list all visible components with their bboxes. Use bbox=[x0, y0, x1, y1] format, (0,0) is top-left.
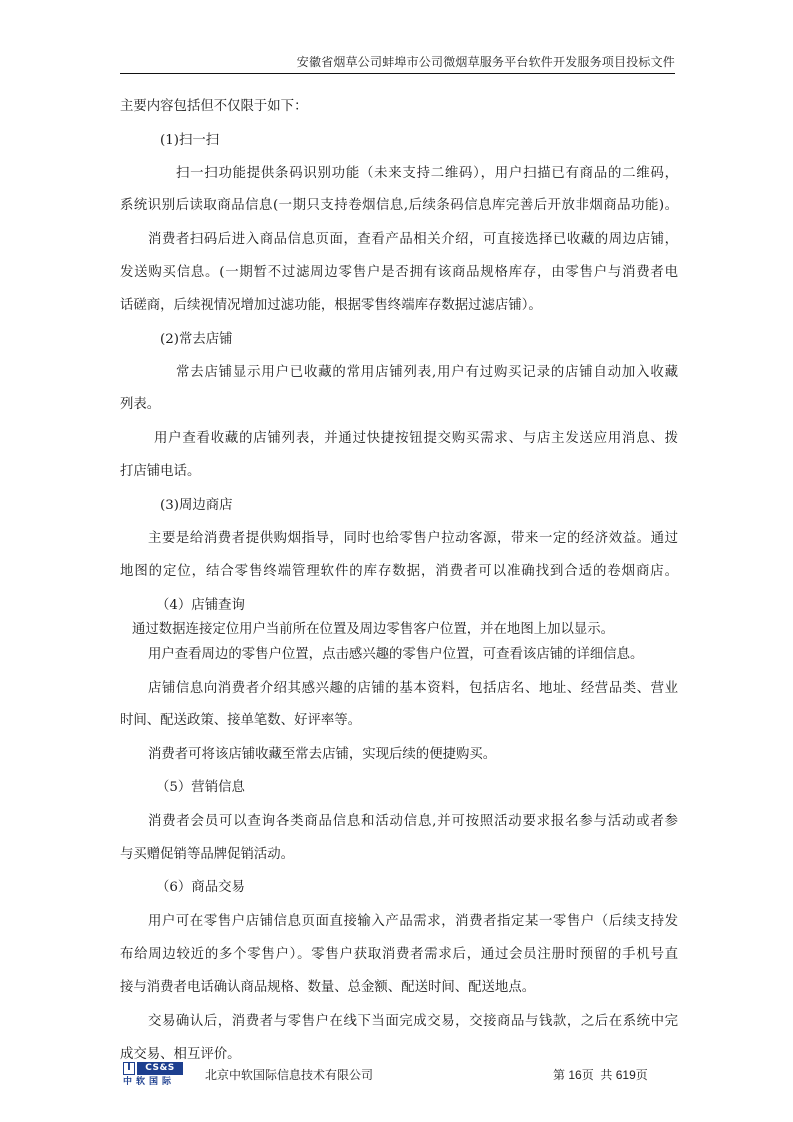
page-mid: 页 共 bbox=[582, 1068, 613, 1082]
page-prefix: 第 bbox=[553, 1068, 565, 1082]
text-line: 主要是给消费者提供购烟指导，同时也给零售户拉动客源，带来一定的经济效益。通过 bbox=[148, 530, 678, 548]
text-line: 消费者可将该店铺收藏至常去店铺，实现后续的便捷购买。 bbox=[148, 746, 496, 764]
text-line: （5）营销信息 bbox=[156, 779, 245, 797]
text-line: 接与消费者电话确认商品规格、数量、总金额、配送时间、配送地点。 bbox=[120, 979, 535, 997]
text-line: 用户查看周边的零售户位置，点击感兴趣的零售户位置，可查看该店铺的详细信息。 bbox=[148, 646, 643, 664]
page-number: 第 16页 共 619页 bbox=[553, 1067, 648, 1083]
text-line: 发送购买信息。(一期暂不过滤周边零售户是否拥有该商品规格库存，由零售户与消费者电 bbox=[120, 264, 678, 282]
page-header-title: 安徽省烟草公司蚌埠市公司微烟草服务平台软件开发服务项目投标文件 bbox=[120, 54, 675, 70]
text-line: 用户可在零售户店铺信息页面直接输入产品需求，消费者指定某一零售户（后续支持发 bbox=[148, 913, 678, 931]
text-line: 时间、配送政策、接单笔数、好评率等。 bbox=[120, 712, 361, 730]
text-line: 扫一扫功能提供条码识别功能（未来支持二维码），用户扫描已有商品的二维码， bbox=[176, 165, 678, 183]
text-line: (2)常去店铺 bbox=[160, 331, 233, 349]
text-line: （4）店铺查询 bbox=[156, 597, 245, 615]
page-footer: I CS&S 中软国际 北京中软国际信息技术有限公司 第 16页 共 619页 bbox=[0, 1060, 793, 1090]
text-line: （6）商品交易 bbox=[156, 879, 245, 897]
company-logo: I CS&S 中软国际 bbox=[123, 1062, 183, 1088]
text-line: 交易确认后，消费者与零售户在线下当面完成交易，交接商品与钱款，之后在系统中完 bbox=[148, 1013, 678, 1031]
text-line: 通过数据连接定位用户当前所在位置及周边零售客户位置，并在地图上加以显示。 bbox=[132, 621, 614, 639]
text-line: 系统识别后读取商品信息(一期只支持卷烟信息,后续条码信息库完善后开放非烟商品功能… bbox=[120, 197, 678, 215]
text-line: 列表。 bbox=[120, 396, 160, 414]
logo-top-row: I CS&S bbox=[123, 1062, 183, 1075]
text-line: 打店铺电话。 bbox=[120, 463, 200, 481]
logo-acronym: CS&S bbox=[137, 1062, 183, 1075]
text-line: 店铺信息向消费者介绍其感兴趣的店铺的基本资料，包括店名、地址、经营品类、营业 bbox=[148, 680, 678, 698]
page-suffix: 页 bbox=[636, 1068, 648, 1082]
text-line: 布给周边较近的多个零售户）。零售户获取消费者需求后，通过会员注册时预留的手机号直 bbox=[120, 946, 678, 964]
logo-mark: I bbox=[123, 1062, 135, 1075]
text-line: 主要内容包括但不仅限于如下： bbox=[120, 98, 307, 116]
text-line: 话磋商，后续视情况增加过滤功能，根据零售终端库存数据过滤店铺）。 bbox=[120, 297, 542, 315]
footer-company-name: 北京中软国际信息技术有限公司 bbox=[205, 1067, 373, 1083]
text-line: (1)扫一扫 bbox=[160, 132, 219, 150]
logo-chinese-name: 中软国际 bbox=[123, 1076, 183, 1088]
text-line: 用户查看收藏的店铺列表，并通过快捷按钮提交购买需求、与店主发送应用消息、拨 bbox=[154, 430, 678, 448]
text-line: (3)周边商店 bbox=[160, 497, 233, 515]
text-line: 消费者扫码后进入商品信息页面，查看产品相关介绍，可直接选择已收藏的周边店铺， bbox=[148, 231, 678, 249]
page-current: 16 bbox=[568, 1068, 581, 1082]
header-divider bbox=[120, 73, 675, 74]
text-line: 常去店铺显示用户已收藏的常用店铺列表,用户有过购买记录的店铺自动加入收藏 bbox=[176, 364, 678, 382]
text-line: 地图的定位，结合零售终端管理软件的库存数据，消费者可以准确找到合适的卷烟商店。 bbox=[120, 563, 678, 581]
text-line: 消费者会员可以查询各类商品信息和活动信息,并可按照活动要求报名参与活动或者参 bbox=[148, 813, 678, 831]
text-line: 与买赠促销等品牌促销活动。 bbox=[120, 846, 294, 864]
page-total: 619 bbox=[616, 1068, 636, 1082]
